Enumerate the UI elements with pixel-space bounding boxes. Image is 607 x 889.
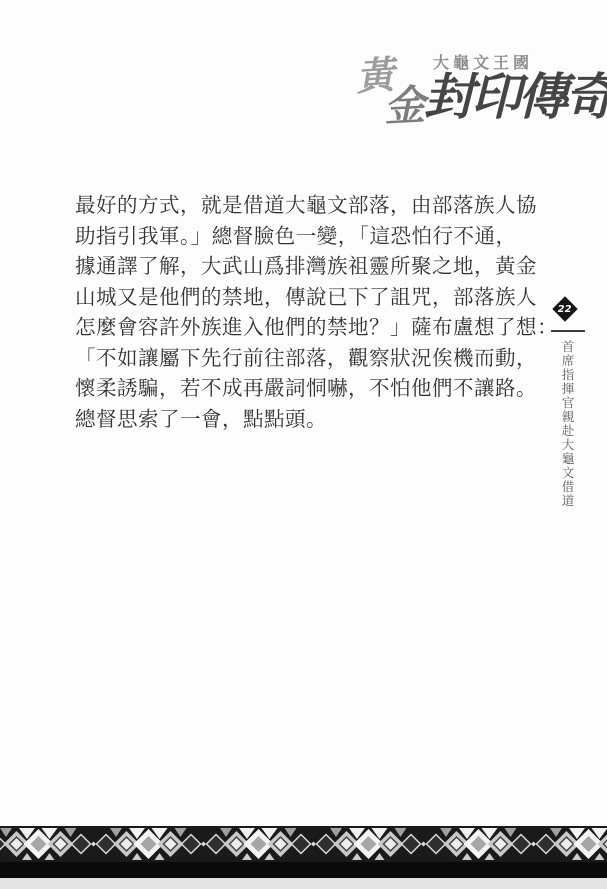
footer-black-bar xyxy=(0,862,607,878)
text-line: 最好的方式，就是借道大龜文部落，由部落族人協 xyxy=(75,190,545,221)
page-number: 22 xyxy=(558,303,572,314)
sidebar-divider xyxy=(551,330,585,332)
paiwan-diamond-border-icon xyxy=(0,826,607,862)
chapter-title: 首席指揮官親赴大龜文借道 xyxy=(558,340,576,500)
text-line: 「不如讓屬下先行前往部落，觀察狀況俟機而動， xyxy=(75,343,545,374)
story-paragraph: 最好的方式，就是借道大龜文部落，由部落族人協 助指引我軍。」總督臉色一變，「這恐… xyxy=(75,190,545,434)
text-line: 懷柔誘騙，若不成再嚴詞恫嚇，不怕他們不讓路。 xyxy=(75,373,545,404)
title-rest: 封印傳奇 xyxy=(424,72,607,122)
text-line: 怎麼會容許外族進入他們的禁地？」薩布盧想了想： xyxy=(75,312,545,343)
text-line: 總督思索了一會，點點頭。 xyxy=(75,404,545,435)
page-bottom-edge xyxy=(0,878,607,889)
text-line: 據通譯了解，大武山爲排灣族祖靈所聚之地，黃金 xyxy=(75,251,545,282)
title-char-jin: 金 xyxy=(383,85,426,128)
text-line: 山城又是他們的禁地，傳說已下了詛咒，部落族人 xyxy=(75,282,545,313)
text-line: 助指引我軍。」總督臉色一變，「這恐怕行不通， xyxy=(75,221,545,252)
